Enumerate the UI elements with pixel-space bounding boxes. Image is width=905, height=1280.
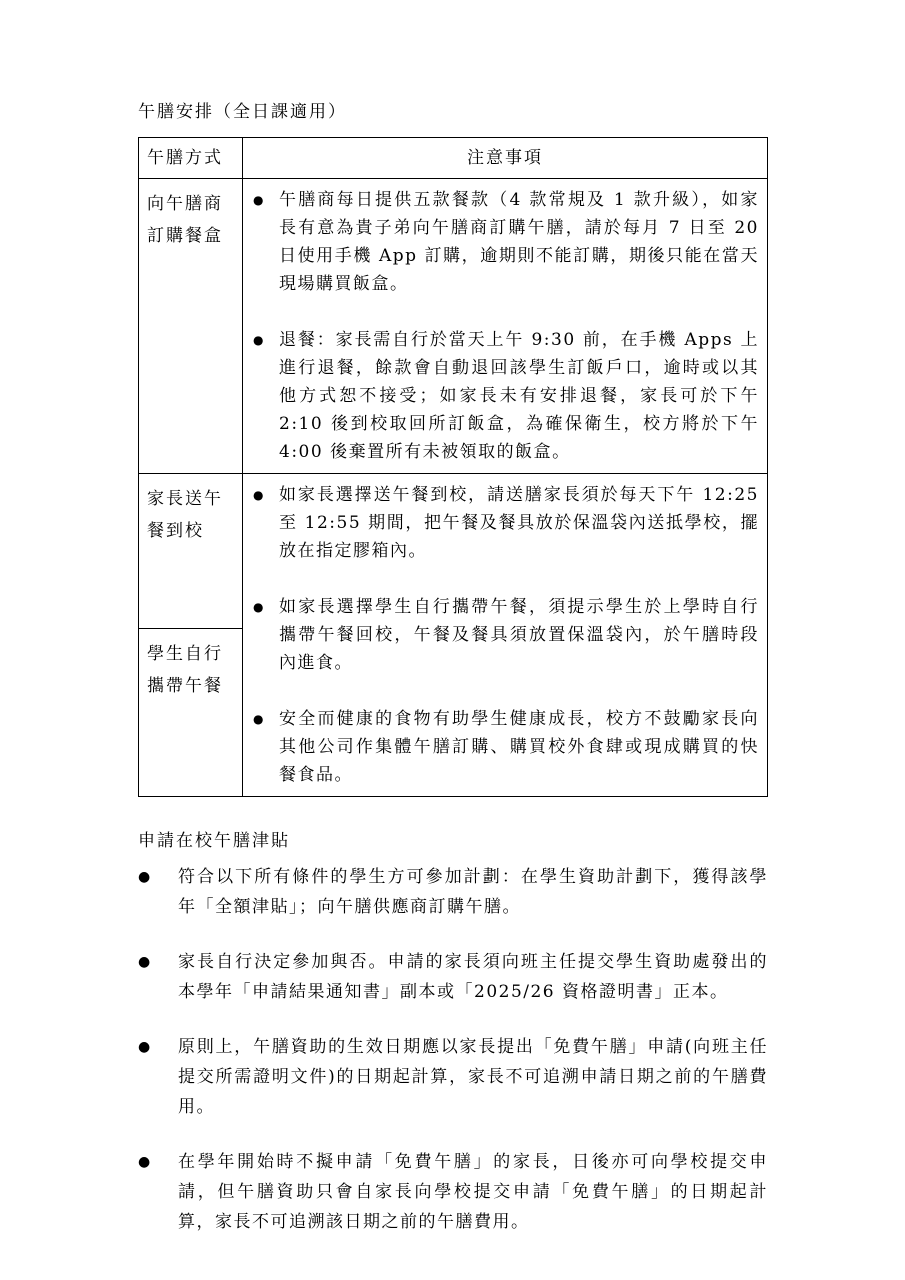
note-text: 午膳商每日提供五款餐款（4 款常規及 1 款升級），如家長有意為貴子弟向午膳商訂… — [279, 186, 759, 298]
bullet-icon: ● — [253, 705, 279, 733]
bullet-icon: ● — [138, 1147, 178, 1177]
note-text: 退餐：家長需自行於當天上午 9:30 前，在手機 Apps 上進行退餐，餘款會自… — [279, 326, 759, 466]
subsidy-bullet-text: 符合以下所有條件的學生方可參加計劃：在學生資助計劃下，獲得該學年「全額津貼」；向… — [178, 862, 768, 922]
note-text: 如家長選擇學生自行攜帶午餐，須提示學生於上學時自行攜帶午餐回校，午餐及餐具須放置… — [279, 593, 759, 677]
note-item: ● 如家長選擇送午餐到校，請送膳家長須於每天下午 12:25 至 12:55 期… — [253, 481, 759, 565]
notes-order-from-supplier: ● 午膳商每日提供五款餐款（4 款常規及 1 款升級），如家長有意為貴子弟向午膳… — [243, 179, 768, 474]
document-page: 午膳安排（全日課適用） 午膳方式 注意事項 向午膳商訂購餐盒 ● 午膳商每日提供… — [0, 0, 905, 1280]
subsidy-bullet-item: ● 在學年開始時不擬申請「免費午膳」的家長，日後亦可向學校提交申請，但午膳資助只… — [138, 1147, 768, 1237]
subsidy-bullet-text: 家長自行決定參加與否。申請的家長須向班主任提交學生資助處發出的本學年「申請結果通… — [178, 947, 768, 1007]
bullet-icon: ● — [253, 186, 279, 214]
bullet-icon: ● — [253, 593, 279, 621]
table-header-row: 午膳方式 注意事項 — [139, 138, 768, 179]
document-content: 午膳安排（全日課適用） 午膳方式 注意事項 向午膳商訂購餐盒 ● 午膳商每日提供… — [138, 101, 768, 1237]
subsidy-bullet-list: ● 符合以下所有條件的學生方可參加計劃：在學生資助計劃下，獲得該學年「全額津貼」… — [138, 862, 768, 1237]
table-header-notes: 注意事項 — [243, 138, 768, 179]
method-self-bring: 學生自行攜帶午餐 — [139, 629, 243, 797]
note-item: ● 退餐：家長需自行於當天上午 9:30 前，在手機 Apps 上進行退餐，餘款… — [253, 326, 759, 466]
note-item: ● 午膳商每日提供五款餐款（4 款常規及 1 款升級），如家長有意為貴子弟向午膳… — [253, 186, 759, 298]
method-parent-delivery: 家長送午餐到校 — [139, 474, 243, 629]
subsidy-bullet-text: 原則上，午膳資助的生效日期應以家長提出「免費午膳」申請(向班主任提交所需證明文件… — [178, 1032, 768, 1122]
note-text: 安全而健康的食物有助學生健康成長，校方不鼓勵家長向其他公司作集體午膳訂購、購買校… — [279, 705, 759, 789]
bullet-icon: ● — [138, 1032, 178, 1062]
bullet-icon: ● — [138, 947, 178, 977]
method-order-from-supplier: 向午膳商訂購餐盒 — [139, 179, 243, 474]
bullet-icon: ● — [253, 481, 279, 509]
subsidy-bullet-text: 在學年開始時不擬申請「免費午膳」的家長，日後亦可向學校提交申請，但午膳資助只會自… — [178, 1147, 768, 1237]
subsidy-bullet-item: ● 家長自行決定參加與否。申請的家長須向班主任提交學生資助處發出的本學年「申請結… — [138, 947, 768, 1007]
bullet-icon: ● — [253, 326, 279, 354]
notes-delivery-and-self-bring: ● 如家長選擇送午餐到校，請送膳家長須於每天下午 12:25 至 12:55 期… — [243, 474, 768, 797]
table-row-order-from-supplier: 向午膳商訂購餐盒 ● 午膳商每日提供五款餐款（4 款常規及 1 款升級），如家長… — [139, 179, 768, 474]
bullet-icon: ● — [138, 862, 178, 892]
note-item: ● 如家長選擇學生自行攜帶午餐，須提示學生於上學時自行攜帶午餐回校，午餐及餐具須… — [253, 593, 759, 677]
subsidy-section-heading: 申請在校午膳津貼 — [138, 830, 768, 852]
lunch-arrangement-table: 午膳方式 注意事項 向午膳商訂購餐盒 ● 午膳商每日提供五款餐款（4 款常規及 … — [138, 137, 768, 797]
note-text: 如家長選擇送午餐到校，請送膳家長須於每天下午 12:25 至 12:55 期間，… — [279, 481, 759, 565]
note-item: ● 安全而健康的食物有助學生健康成長，校方不鼓勵家長向其他公司作集體午膳訂購、購… — [253, 705, 759, 789]
table-header-method: 午膳方式 — [139, 138, 243, 179]
subsidy-bullet-item: ● 符合以下所有條件的學生方可參加計劃：在學生資助計劃下，獲得該學年「全額津貼」… — [138, 862, 768, 922]
subsidy-bullet-item: ● 原則上，午膳資助的生效日期應以家長提出「免費午膳」申請(向班主任提交所需證明… — [138, 1032, 768, 1122]
document-title: 午膳安排（全日課適用） — [138, 101, 768, 123]
table-row-parent-delivery: 家長送午餐到校 ● 如家長選擇送午餐到校，請送膳家長須於每天下午 12:25 至… — [139, 474, 768, 629]
